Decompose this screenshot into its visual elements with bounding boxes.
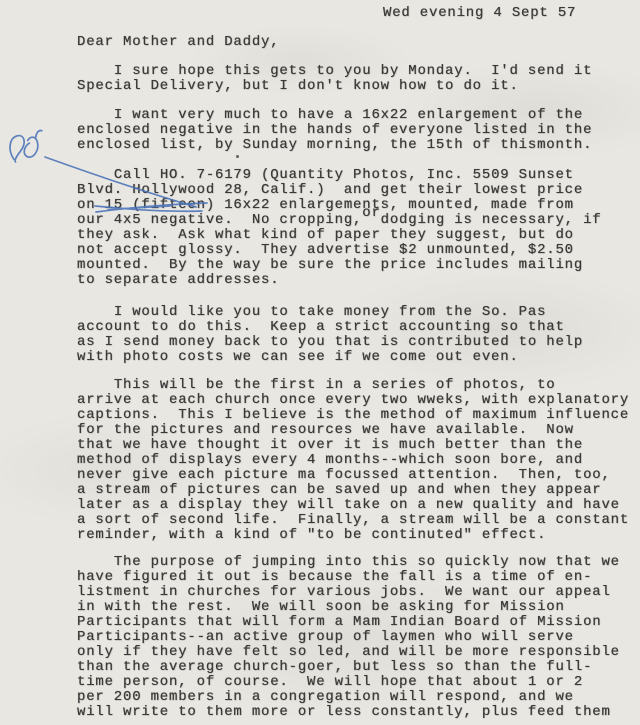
- handwritten-20: [7, 130, 47, 163]
- paragraph-1: I sure hope this gets to you by Monday. …: [77, 64, 635, 94]
- date-line: Wed evening 4 Sept 57: [383, 6, 576, 21]
- stray-ink-dot: [236, 155, 239, 158]
- paragraph-4: I would like you to take money from the …: [77, 305, 635, 365]
- salutation: Dear Mother and Daddy,: [77, 35, 635, 50]
- paragraph-5: This will be the first in a series of ph…: [77, 378, 635, 543]
- letter-body: Dear Mother and Daddy, I sure hope this …: [77, 35, 635, 720]
- paragraph-6: The purpose of jumping into this so quic…: [77, 555, 635, 720]
- scanned-letter-page: Wed evening 4 Sept 57 Dear Mother and Da…: [0, 0, 640, 725]
- paragraph-2: I want very much to have a 16x22 enlarge…: [77, 108, 635, 153]
- paragraph-3: Call HO. 7-6179 (Quantity Photos, Inc. 5…: [77, 168, 635, 288]
- typed-insertion-or: or: [362, 205, 380, 221]
